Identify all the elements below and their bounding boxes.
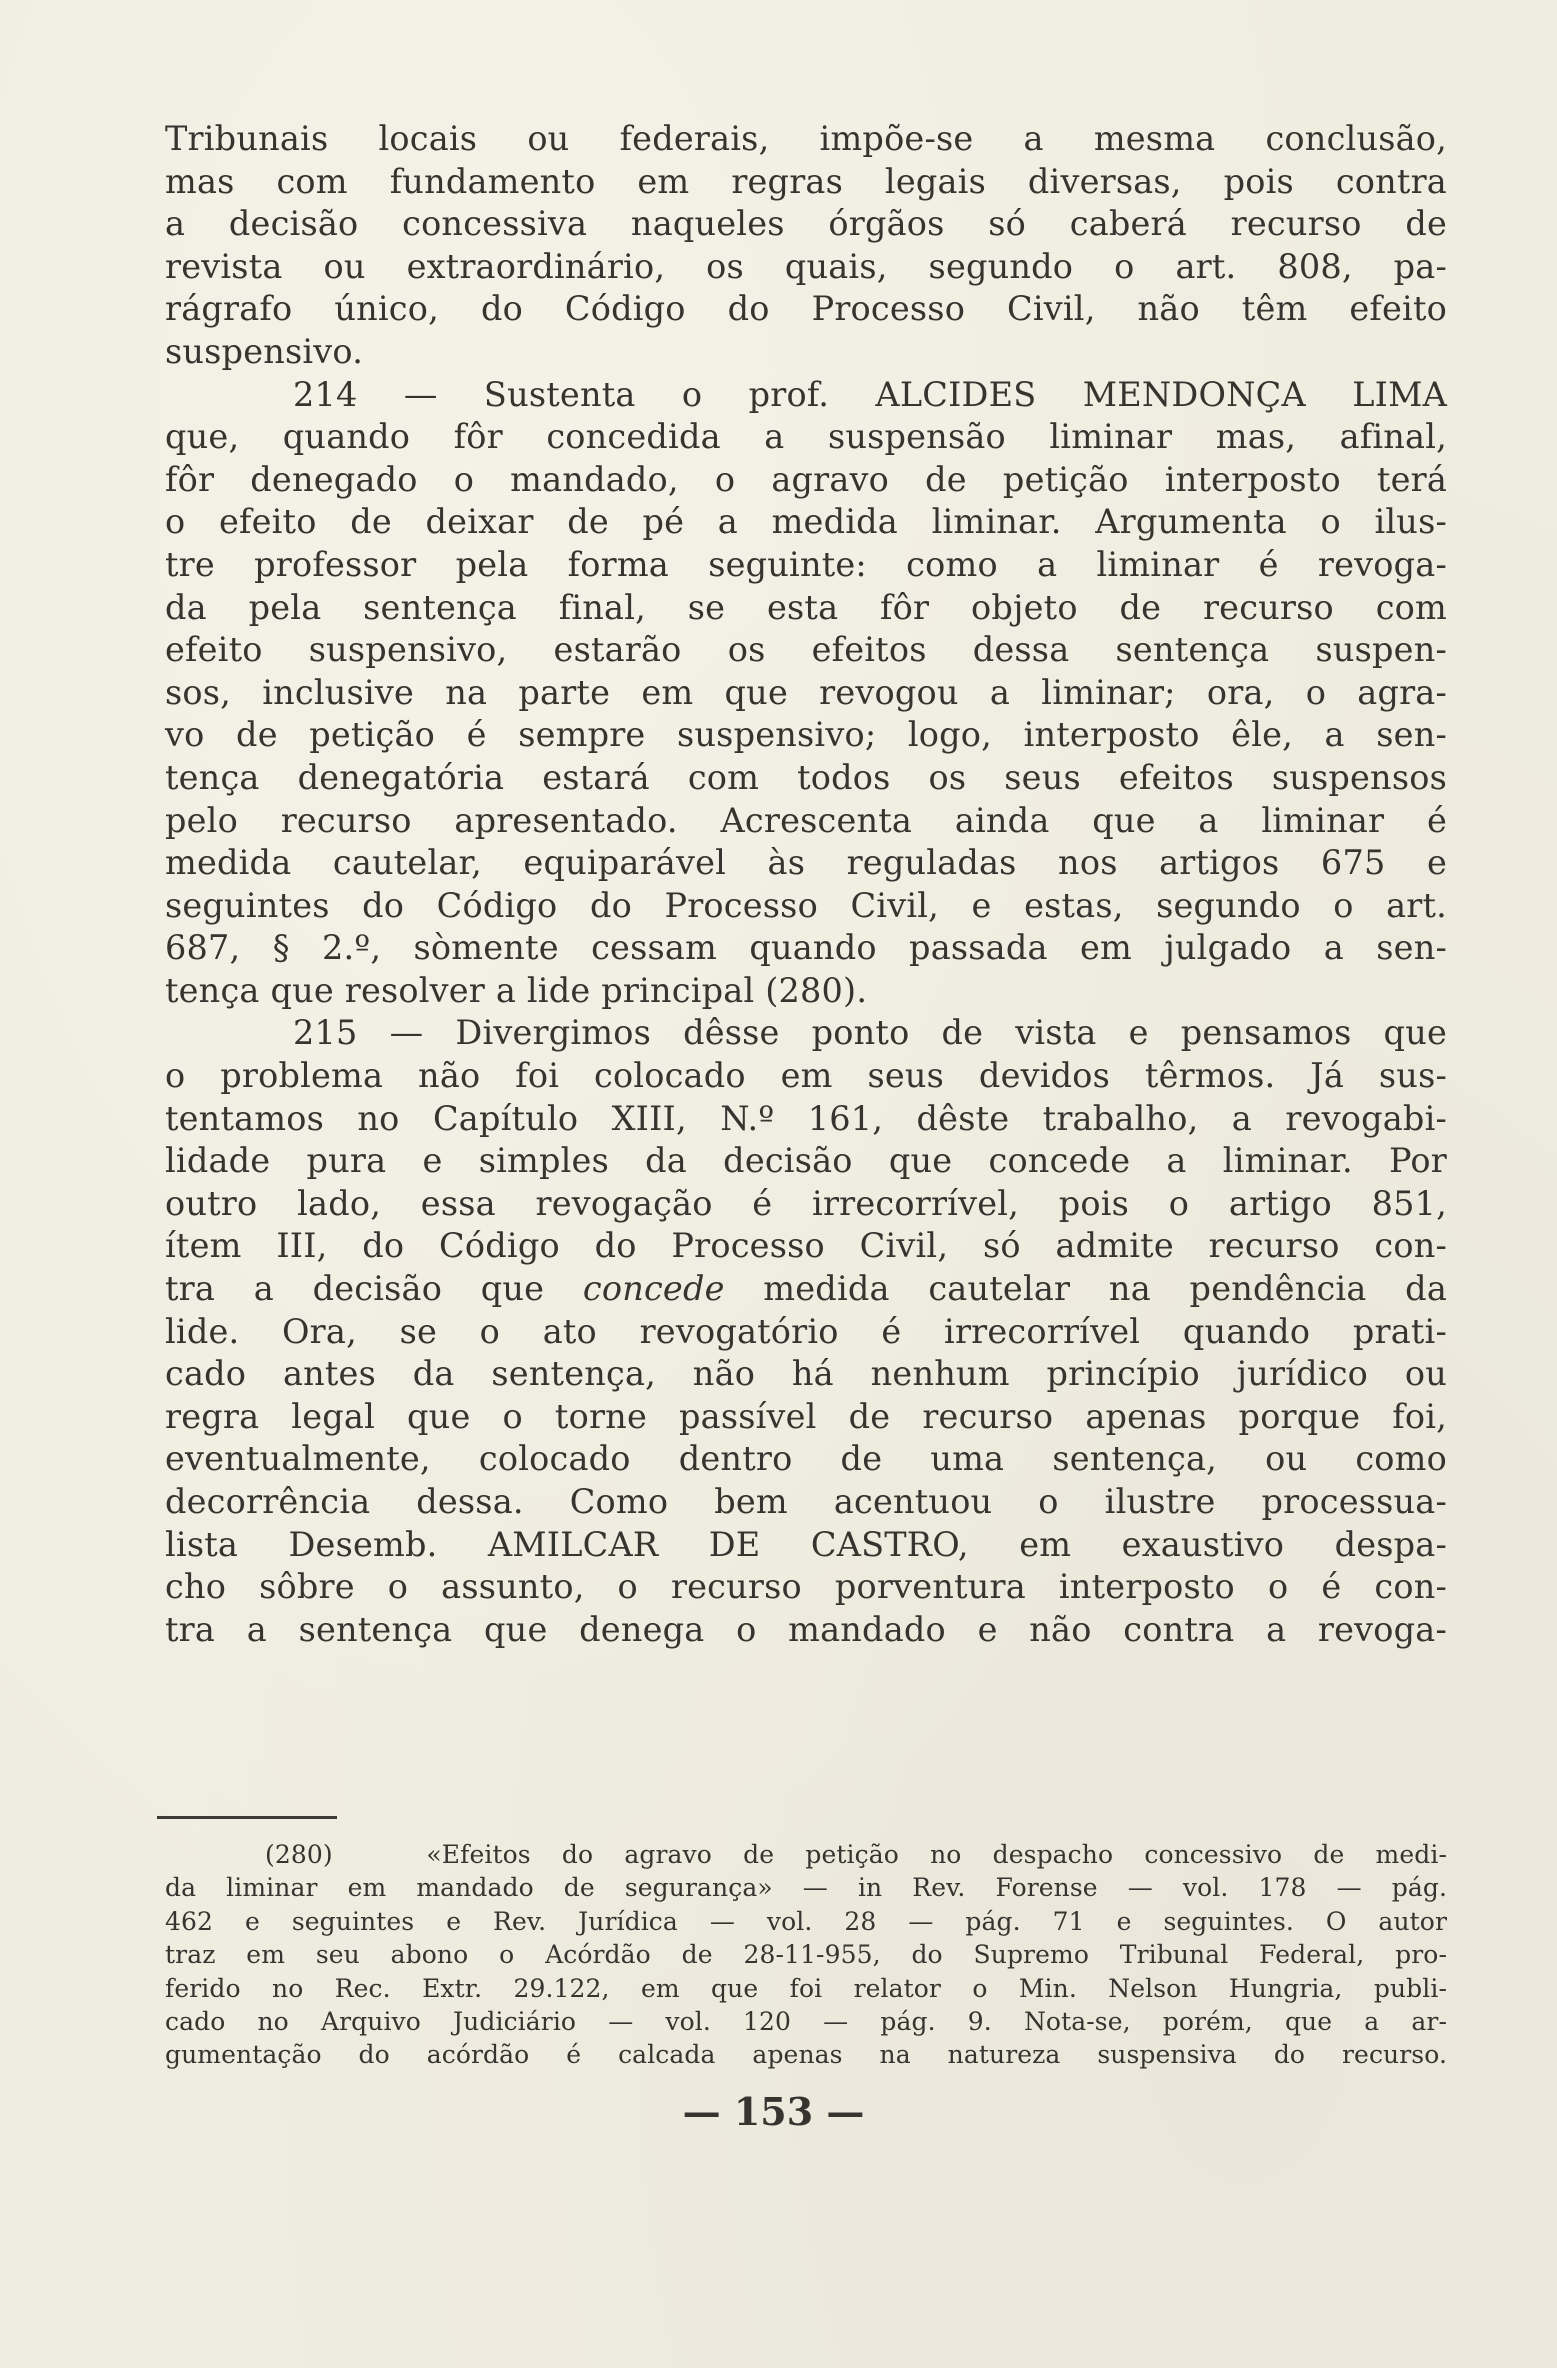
text-line: efeito suspensivo, estarão os efeitos de…	[165, 629, 1447, 672]
footnotes: (280) «Efeitos do agravo de petição no d…	[165, 1838, 1447, 2072]
footnote-number: (280)	[265, 1840, 333, 1869]
text-line: Tribunais locais ou federais, impõe-se a…	[165, 118, 1447, 161]
footnote-280-line: ferido no Rec. Extr. 29.122, em que foi …	[165, 1972, 1447, 2005]
footnote-280-line: 462 e seguintes e Rev. Jurídica — vol. 2…	[165, 1905, 1447, 1938]
text-line: a decisão concessiva naqueles órgãos só …	[165, 203, 1447, 246]
text-line: ítem III, do Código do Processo Civil, s…	[165, 1225, 1447, 1268]
italic-word: concede	[583, 1269, 725, 1308]
text-line: suspensivo.	[165, 331, 1447, 374]
text-segment: medida cautelar na pendência da	[725, 1269, 1447, 1308]
text-line: 687, § 2.º, sòmente cessam quando passad…	[165, 927, 1447, 970]
footnote-separator	[157, 1816, 337, 1819]
text-line: o problema não foi colocado em seus devi…	[165, 1055, 1447, 1098]
footnote-text: «Efeitos do agravo de petição no despach…	[426, 1840, 1447, 1869]
page-number: — 153 —	[0, 2088, 1557, 2136]
text-line: lista Desemb. AMILCAR DE CASTRO, em exau…	[165, 1524, 1447, 1567]
text-line: regra legal que o torne passível de recu…	[165, 1396, 1447, 1439]
book-page: Tribunais locais ou federais, impõe-se a…	[0, 0, 1557, 2368]
text-line: da pela sentença final, se esta fôr obje…	[165, 587, 1447, 630]
text-line: lide. Ora, se o ato revogatório é irreco…	[165, 1311, 1447, 1354]
text-line: decorrência dessa. Como bem acentuou o i…	[165, 1481, 1447, 1524]
text-line: tra a sentença que denega o mandado e nã…	[165, 1609, 1447, 1652]
body-text: Tribunais locais ou federais, impõe-se a…	[165, 118, 1447, 1651]
text-line: tença denegatória estará com todos os se…	[165, 757, 1447, 800]
text-line: sos, inclusive na parte em que revogou a…	[165, 672, 1447, 715]
text-line: tre professor pela forma seguinte: como …	[165, 544, 1447, 587]
paragraph-215-start: 215 — Divergimos dêsse ponto de vista e …	[165, 1012, 1447, 1055]
text-segment: tra a decisão que	[165, 1269, 583, 1308]
text-line: medida cautelar, equiparável às regulada…	[165, 842, 1447, 885]
text-line-with-italic: tra a decisão que concede medida cautela…	[165, 1268, 1447, 1311]
text-line: fôr denegado o mandado, o agravo de peti…	[165, 459, 1447, 502]
text-line: pelo recurso apresentado. Acrescenta ain…	[165, 800, 1447, 843]
text-line: o efeito de deixar de pé a medida limina…	[165, 501, 1447, 544]
footnote-280-line: traz em seu abono o Acórdão de 28-11-955…	[165, 1938, 1447, 1971]
text-line: tentamos no Capítulo XIII, N.º 161, dêst…	[165, 1098, 1447, 1141]
text-line: cho sôbre o assunto, o recurso porventur…	[165, 1566, 1447, 1609]
text-line: lidade pura e simples da decisão que con…	[165, 1140, 1447, 1183]
text-line: seguintes do Código do Processo Civil, e…	[165, 885, 1447, 928]
text-line: vo de petição é sempre suspensivo; logo,…	[165, 714, 1447, 757]
text-line: que, quando fôr concedida a suspensão li…	[165, 416, 1447, 459]
footnote-280-line: (280) «Efeitos do agravo de petição no d…	[165, 1838, 1447, 1871]
text-line: mas com fundamento em regras legais dive…	[165, 161, 1447, 204]
footnote-280-line: gumentação do acórdão é calcada apenas n…	[165, 2038, 1447, 2071]
text-line: eventualmente, colocado dentro de uma se…	[165, 1438, 1447, 1481]
footnote-reference-line: tença que resolver a lide principal (280…	[165, 970, 1447, 1013]
text-line: revista ou extraordinário, os quais, seg…	[165, 246, 1447, 289]
footnote-280-line: da liminar em mandado de segurança» — in…	[165, 1871, 1447, 1904]
text-line: cado antes da sentença, não há nenhum pr…	[165, 1353, 1447, 1396]
text-line: outro lado, essa revogação é irrecorríve…	[165, 1183, 1447, 1226]
footnote-280-line: cado no Arquivo Judiciário — vol. 120 — …	[165, 2005, 1447, 2038]
paragraph-214-start: 214 — Sustenta o prof. ALCIDES MENDONÇA …	[165, 374, 1447, 417]
text-line: rágrafo único, do Código do Processo Civ…	[165, 288, 1447, 331]
